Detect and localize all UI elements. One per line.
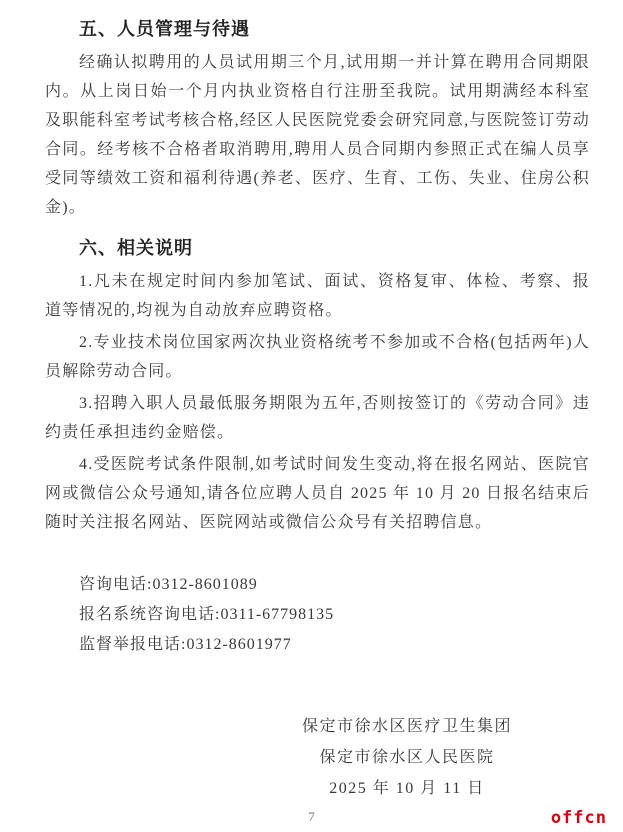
document-page: 五、人员管理与待遇 经确认拟聘用的人员试用期三个月,试用期一并计算在聘用合同期限…	[0, 0, 623, 832]
contact-phone-supervision: 监督举报电话:0312-8601977	[45, 630, 590, 660]
section6-item-1: 1.凡未在规定时间内参加笔试、面试、资格复审、体检、考察、报道等情况的,均视为自…	[45, 267, 590, 325]
section6-heading: 六、相关说明	[45, 235, 590, 261]
section6-item-2: 2.专业技术岗位国家两次执业资格统考不参加或不合格(包括两年)人员解除劳动合同。	[45, 328, 590, 386]
signature-block: 保定市徐水区医疗卫生集团 保定市徐水区人民医院 2025 年 10 月 11 日	[282, 711, 532, 804]
signature-date: 2025 年 10 月 11 日	[282, 773, 532, 804]
section5-paragraph: 经确认拟聘用的人员试用期三个月,试用期一并计算在聘用合同期限内。从上岗日始一个月…	[45, 48, 590, 222]
contact-phone-consult: 咨询电话:0312-8601089	[45, 570, 590, 600]
offcn-watermark: offcn	[551, 808, 607, 828]
contact-block: 咨询电话:0312-8601089 报名系统咨询电话:0311-67798135…	[45, 570, 590, 660]
section5-heading: 五、人员管理与待遇	[45, 16, 590, 42]
section6-item-3: 3.招聘入职人员最低服务期限为五年,否则按签订的《劳动合同》违约责任承担违约金赔…	[45, 389, 590, 447]
section6-item-4: 4.受医院考试条件限制,如考试时间发生变动,将在报名网站、医院官网或微信公众号通…	[45, 450, 590, 537]
contact-phone-registration-system: 报名系统咨询电话:0311-67798135	[45, 600, 590, 630]
signature-org-group: 保定市徐水区医疗卫生集团	[282, 711, 532, 742]
page-number: 7	[308, 809, 315, 825]
signature-org-hospital: 保定市徐水区人民医院	[282, 742, 532, 773]
